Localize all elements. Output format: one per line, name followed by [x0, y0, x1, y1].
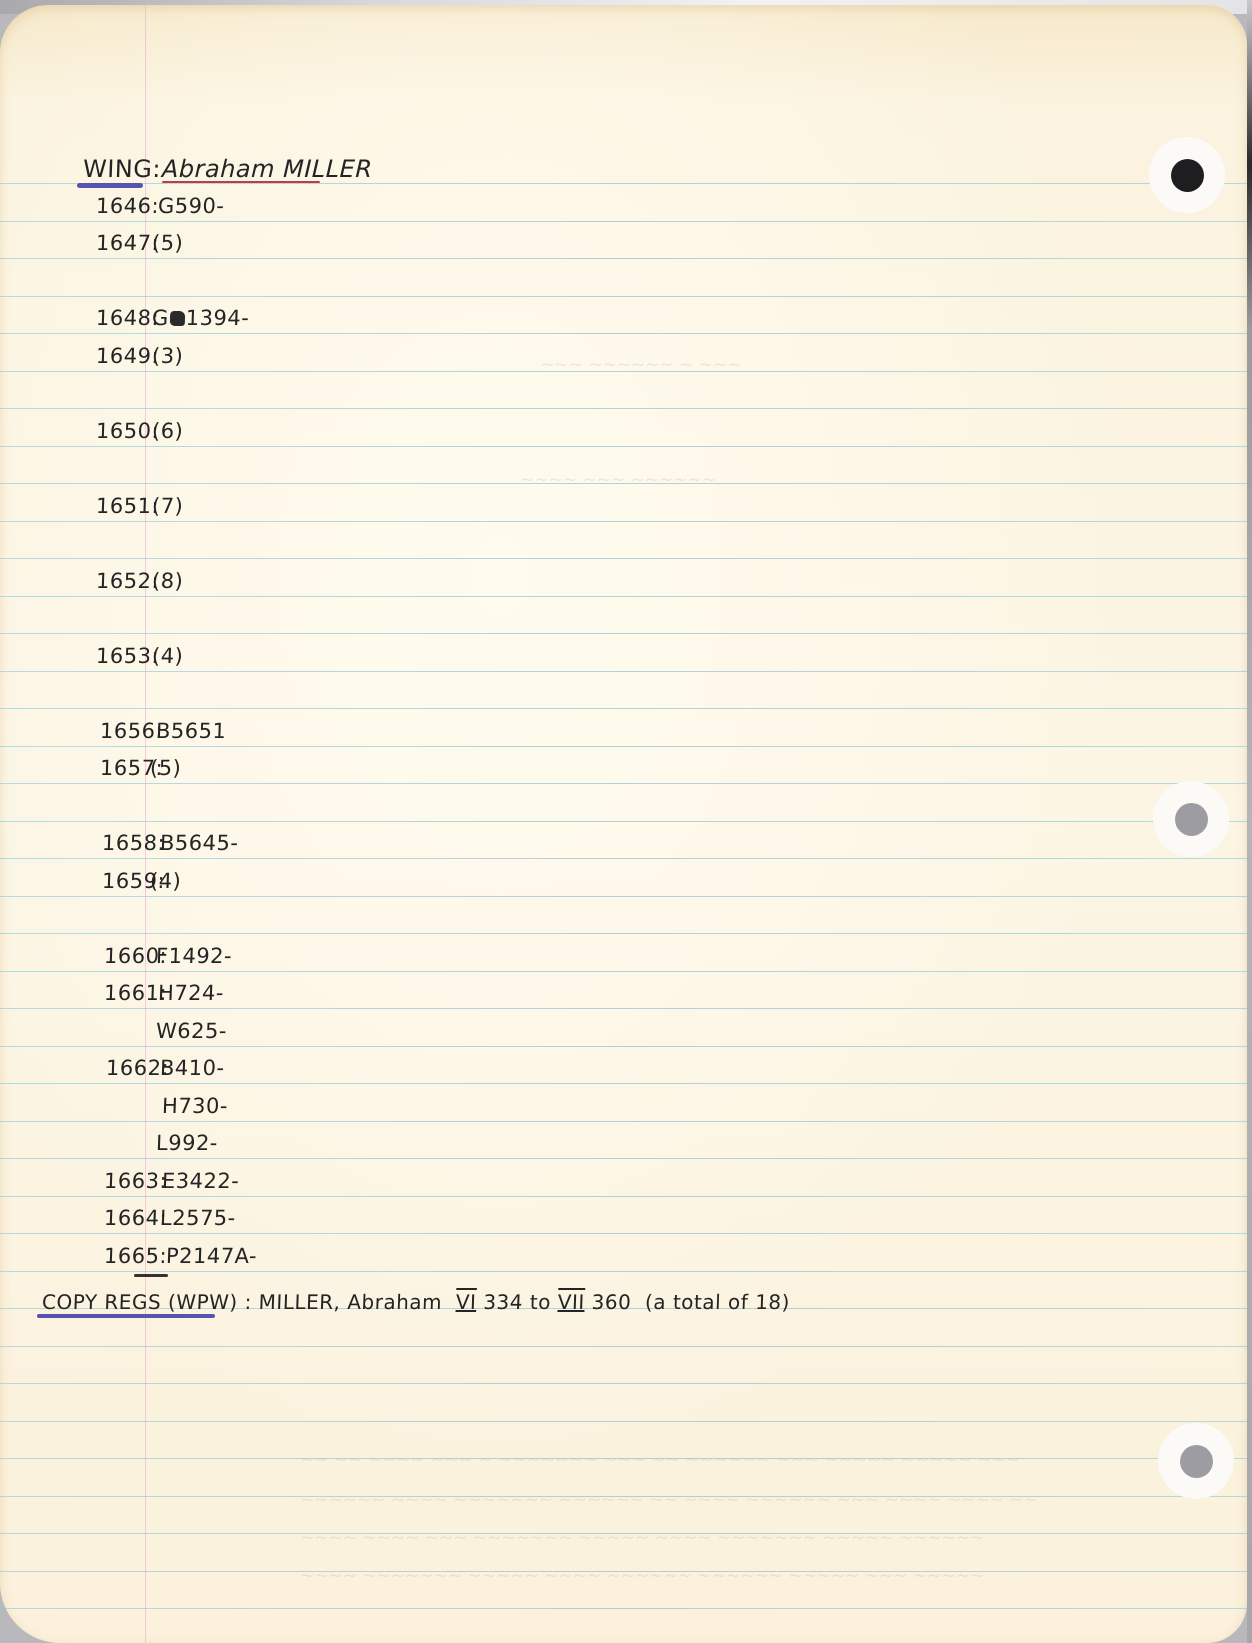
- rule-line: [0, 1083, 1247, 1084]
- rule-line: [0, 258, 1247, 259]
- rule-line: [0, 896, 1247, 897]
- bleed-through-text: ~~~~ ~~~~~~~ ~~~~~ ~~~~ ~~~~~~ ~~~~~~ ~~…: [300, 1566, 984, 1586]
- entry-value: H724-: [158, 983, 225, 1004]
- rule-line: [0, 933, 1247, 934]
- entry-year: 1664:: [104, 1208, 168, 1229]
- rule-line: [0, 221, 1247, 222]
- entry-year: 1656:: [100, 721, 164, 742]
- rule-line: [0, 1046, 1247, 1047]
- binder-hole-middle: [1175, 803, 1208, 836]
- rule-line: [0, 333, 1247, 334]
- rule-line: [0, 183, 1247, 184]
- rule-line: [0, 633, 1247, 634]
- entry-year: 1650:: [96, 421, 160, 442]
- entry-year: 1653:: [96, 646, 160, 667]
- copy-regs-name: MILLER, Abraham: [258, 1290, 442, 1314]
- entry-value: (5): [152, 233, 184, 254]
- rule-line: [0, 1233, 1247, 1234]
- entry-value: (4): [150, 871, 182, 892]
- entry-value: (4): [152, 646, 184, 667]
- rule-line: [0, 1421, 1247, 1422]
- rule-line: [0, 1158, 1247, 1159]
- entry-value: (7): [152, 496, 184, 517]
- entry-value: G590-: [158, 196, 225, 217]
- rule-line: [0, 821, 1247, 822]
- heading-label: WING:: [83, 157, 162, 181]
- entry-value: (5): [150, 758, 182, 779]
- entry-year: 1649:: [96, 346, 160, 367]
- bleed-through-text: ~~~~~~ ~~~~ ~~~~~~~ ~~~~~~ ~~ ~~~~ ~~~~~…: [300, 1490, 1038, 1510]
- entry-value: E3422-: [162, 1171, 240, 1192]
- rule-line: [0, 521, 1247, 522]
- rule-line: [0, 1196, 1247, 1197]
- entry-year: 1652:: [96, 571, 160, 592]
- rule-line: [0, 296, 1247, 297]
- entry-value: (8): [152, 571, 184, 592]
- rule-line: [0, 1271, 1247, 1272]
- copy-regs-from-page: 334: [483, 1290, 524, 1314]
- bleed-through-text: ~~ ~~ ~~~~ ~~~ ~ ~~~~~~~ ~~~ ~~ ~~~~~~ ~…: [300, 1450, 1020, 1470]
- heading-name-underline: [162, 181, 320, 183]
- rule-line: [0, 858, 1247, 859]
- rule-line: [0, 1383, 1247, 1384]
- entry-value: H730-: [162, 1096, 229, 1117]
- scanner-edge: [1247, 0, 1252, 1643]
- rule-line: [0, 1608, 1247, 1609]
- rule-line: [0, 746, 1247, 747]
- bleed-through-text: ~~~ ~~~~~~ ~ ~~~: [540, 355, 741, 375]
- rule-line: [0, 558, 1247, 559]
- copy-regs-to-page: 360: [591, 1290, 632, 1314]
- entry-year: 1646:: [96, 196, 160, 217]
- entry-value: B5651: [156, 721, 227, 742]
- entry-value: (3): [152, 346, 184, 367]
- entry-year: 1648:: [96, 308, 160, 329]
- rule-line: [0, 708, 1247, 709]
- rule-line: [0, 971, 1247, 972]
- binder-hole-top: [1171, 159, 1204, 192]
- copy-regs-underline: [37, 1314, 215, 1318]
- rule-line: [0, 1008, 1247, 1009]
- copy-regs-note: (a total of 18): [645, 1290, 791, 1314]
- copy-regs-line: COPY REGS (WPW) : MILLER, Abraham VI 334…: [42, 1292, 791, 1312]
- year-underline-mark: [134, 1274, 168, 1277]
- rule-line: [0, 408, 1247, 409]
- entry-value: B410-: [160, 1058, 225, 1079]
- rule-line: [0, 1346, 1247, 1347]
- heading-name: Abraham MILLER: [162, 157, 373, 181]
- entry-year: 1647:: [96, 233, 160, 254]
- entry-value: P2147A-: [166, 1246, 258, 1267]
- entry-value: B5645-: [160, 833, 239, 854]
- entry-value: W625-: [156, 1021, 228, 1042]
- notebook-page: [0, 5, 1247, 1643]
- rule-line: [0, 1121, 1247, 1122]
- bleed-through-text: ~~~~ ~~~~ ~~~ ~~~~~~~ ~~~~~ ~~~~ ~~~~~~~…: [300, 1528, 984, 1548]
- bleed-through-text: ~~~~ ~~~ ~~~~~~: [520, 470, 716, 490]
- copy-regs-label: COPY REGS (WPW): [42, 1290, 239, 1314]
- entry-year: 1651:: [96, 496, 160, 517]
- binder-hole-bottom: [1180, 1445, 1213, 1478]
- rule-line: [0, 446, 1247, 447]
- entry-year: 1658:: [102, 833, 166, 854]
- heading-label-underline: [77, 183, 143, 188]
- copy-regs-to-volume: VII: [557, 1290, 585, 1314]
- entry-value: (6): [152, 421, 184, 442]
- entry-year: 1665:: [104, 1246, 168, 1267]
- rule-line: [0, 596, 1247, 597]
- entry-value: L992-: [156, 1133, 219, 1154]
- entry-value: L2575-: [160, 1208, 236, 1229]
- entry-year: 1663:: [104, 1171, 168, 1192]
- rule-line: [0, 783, 1247, 784]
- entry-value: F1492-: [156, 946, 233, 967]
- entry-value: G1394-: [152, 308, 250, 329]
- ink-blot: [170, 311, 186, 326]
- copy-regs-from-volume: VI: [455, 1290, 476, 1314]
- rule-line: [0, 671, 1247, 672]
